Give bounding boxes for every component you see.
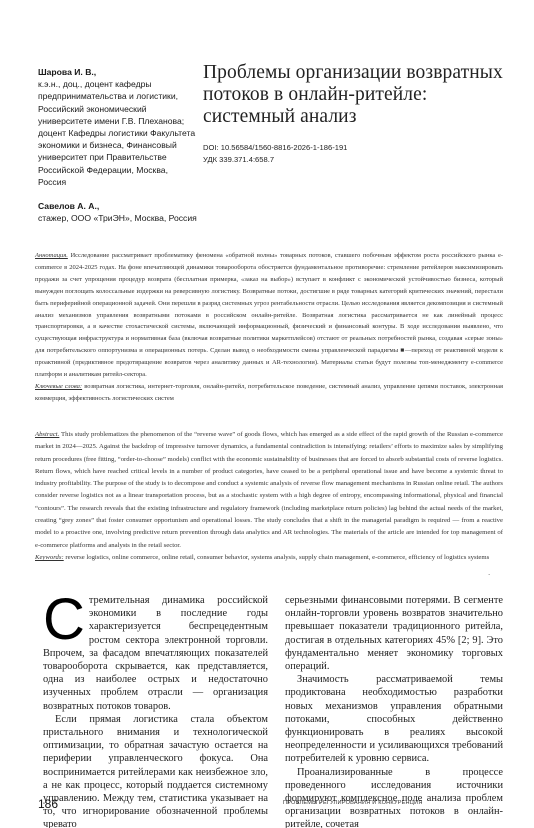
body-paragraph: Проанализированные в процессе проведенно… <box>285 766 503 828</box>
abstract-russian: Аннотация. Исследование рассматривает пр… <box>35 250 503 405</box>
keywords-label: Ключевые слова: <box>35 383 82 390</box>
running-footer: ПРОБЛЕМЫ РЕГУЛИРОВАНИЯ И КОНКУРЕНЦИЯ <box>283 800 423 806</box>
abstract-label: Аннотация. <box>35 252 68 259</box>
body-paragraph: Значимость рассматриваемой темы продикто… <box>285 673 503 765</box>
drop-cap: С <box>43 596 85 644</box>
keywords-text: reverse logistics, online commerce, onli… <box>64 554 489 561</box>
body-paragraph: Если прямая логистика стала объектом при… <box>43 713 268 828</box>
article-title: Проблемы организации возвратных потоков … <box>203 62 513 128</box>
udc: УДК 339.371.4:658.7 <box>203 154 347 166</box>
decorative-mark: ˋ <box>488 573 490 581</box>
article-meta: DOI: 10.56584/1560-8816-2026-1-186-191 У… <box>203 142 347 166</box>
author-2: Савелов А. А., стажер, ООО «ТриЭН», Моск… <box>38 200 198 224</box>
author-1: Шарова И. В., к.э.н., доц., доцент кафед… <box>38 66 198 188</box>
body-column-left: Стремительная динамика российской эконом… <box>43 594 268 828</box>
keywords-label: Keywords: <box>35 554 64 561</box>
keywords-text: возвратная логистика, интернет-торговля,… <box>35 383 503 402</box>
doi[interactable]: DOI: 10.56584/1560-8816-2026-1-186-191 <box>203 142 347 154</box>
authors-block: Шарова И. В., к.э.н., доц., доцент кафед… <box>38 66 198 224</box>
body-paragraph: Стремительная динамика российской эконом… <box>43 594 268 713</box>
body-column-right: серьезными финансовыми потерями. В сегме… <box>285 594 503 828</box>
abstract-english: Abstract. This study problematizes the p… <box>35 429 503 564</box>
author-affiliation: к.э.н., доц., доцент кафедры предпринима… <box>38 78 198 188</box>
author-affiliation: стажер, ООО «ТриЭН», Москва, Россия <box>38 212 198 224</box>
abstract-text: This study problematizes the phenomenon … <box>35 431 503 549</box>
body-paragraph: серьезными финансовыми потерями. В сегме… <box>285 594 503 673</box>
author-name: Шарова И. В., <box>38 66 198 78</box>
author-name: Савелов А. А., <box>38 200 198 212</box>
abstract-text: Исследование рассматривает проблематику … <box>35 252 503 378</box>
page-number: 186 <box>38 797 58 811</box>
abstract-label: Abstract. <box>35 431 59 438</box>
